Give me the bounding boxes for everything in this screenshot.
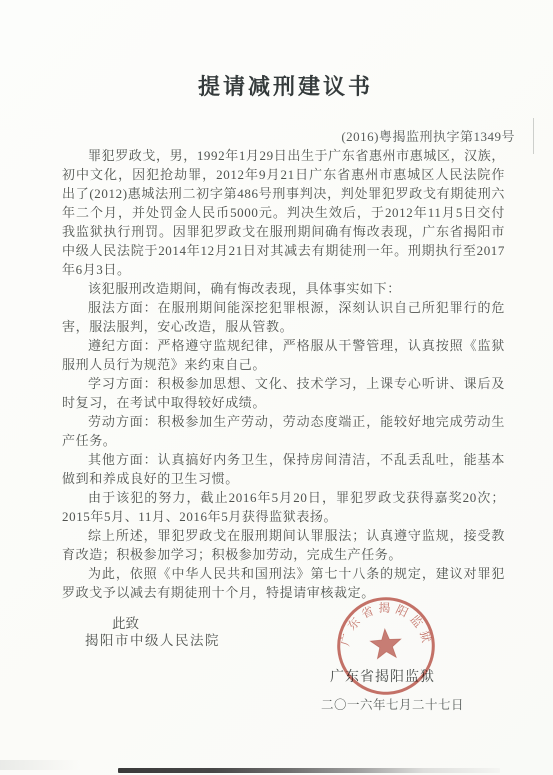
document-page: 提请减刑建议书 (2016)粤揭监刑执字第1349号 罪犯罗政戈，男，1992年…	[0, 0, 553, 775]
star-icon	[370, 628, 403, 659]
closing-salute: 此致	[62, 616, 220, 631]
document-body: 罪犯罗政戈，男，1992年1月29日出生于广东省惠州市惠城区，汉族，初中文化，因…	[62, 146, 505, 602]
document-number: (2016)粤揭监刑执字第1349号	[341, 126, 515, 145]
body-paragraph: 学习方面：积极参加思想、文化、技术学习，上课专心听讲、课后及时复习，在考试中取得…	[62, 374, 505, 412]
closing-block: 此致 揭阳市中级人民法院	[62, 616, 220, 648]
body-paragraph: 该犯服刑改造期间，确有悔改表现，具体事实如下：	[62, 279, 505, 298]
scan-shadow-artifact	[0, 760, 80, 770]
body-paragraph: 由于该犯的努力，截止2016年5月20日，罪犯罗政戈获得嘉奖20次；2015年5…	[62, 488, 505, 526]
body-paragraph: 遵纪方面：严格遵守监规纪律，严格服从干警管理，认真按照《监狱服刑人员行为规范》来…	[62, 336, 505, 374]
body-paragraph: 其他方面：认真搞好内务卫生，保持房间清洁，不乱丢乱吐，能基本做到和养成良好的卫生…	[62, 450, 505, 488]
body-paragraph: 为此，依照《中华人民共和国刑法》第七十八条的规定，建议对罪犯罗政戈予以减去有期徒…	[62, 564, 505, 602]
seal-graphic: 广东省揭阳监狱	[329, 590, 444, 701]
body-paragraph: 服法方面：在服刑期间能深挖犯罪根源，深刻认识自己所犯罪行的危害，服法服判，安心改…	[62, 298, 505, 336]
official-seal: 广东省揭阳监狱	[329, 590, 444, 701]
body-paragraph: 罪犯罗政戈，男，1992年1月29日出生于广东省惠州市惠城区，汉族，初中文化，因…	[62, 146, 505, 279]
body-paragraph: 劳动方面：积极参加生产劳动，劳动态度端正，能较好地完成劳动生产任务。	[62, 412, 505, 450]
scan-scratch-artifact	[533, 118, 534, 154]
body-paragraph: 综上所述，罪犯罗政戈在服刑期间认罪服法；认真遵守监规，接受教育改造；积极参加学习…	[62, 526, 505, 564]
closing-recipient: 揭阳市中级人民法院	[62, 633, 220, 648]
page-title: 提请减刑建议书	[0, 70, 553, 101]
page-title-text: 提请减刑建议书	[198, 74, 373, 99]
scan-edge-artifact	[118, 768, 500, 773]
